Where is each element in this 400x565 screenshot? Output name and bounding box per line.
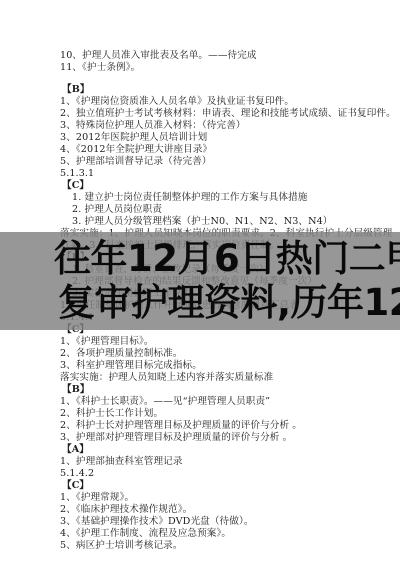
document-line: 11、《护士条例》。 (60, 62, 140, 74)
document-line: 1、《护理管理目标》。 (60, 336, 154, 348)
document-line: 落实实施：护理人员知晓上述内容并落实质量标准 (60, 372, 273, 384)
section-grade-label: 【C】 (62, 180, 89, 192)
section-grade-label: 【B】 (62, 384, 90, 396)
headline-line-1: 往年12月6日热门二甲 (54, 238, 400, 280)
document-page: 10、护理人员准入审批表及名单。——待完成11、《护士条例》。【B】1、《护理岗… (0, 0, 400, 565)
document-line: 4、《2012年全院护理大讲座目录》 (60, 144, 212, 156)
section-grade-label: 【C】 (62, 480, 89, 492)
document-line: 3、《基础护理操作技术》DVD光盘（待做）。 (60, 516, 254, 528)
section-grade-label: 【A】 (62, 444, 89, 456)
document-line: 3、2012年医院护理人员培训计划 (60, 132, 207, 144)
document-line: 5.1.3.1 (60, 168, 94, 180)
document-line: 2. 护理人员岗位职责 (72, 204, 162, 216)
document-line: 2、各项护理质量控制标准。 (60, 348, 183, 360)
document-line: 5、病区护士培训考核记录。 (60, 540, 183, 552)
section-grade-label: 【B】 (62, 84, 90, 96)
document-line: 5、护理部培训督导记录（待完善） (60, 156, 212, 168)
headline-line-2: 复审护理资料,历年12 (58, 282, 400, 324)
document-line: 2、科护士长对护理管理目标及护理质量的评价与分析 。 (60, 420, 302, 432)
document-line: 2、科护士长工作计划。 (60, 408, 163, 420)
document-line: 1、护理部抽查科室管理记录 (60, 456, 183, 468)
document-line: 4、《护理工作制度、流程及应急预案》。 (60, 528, 231, 540)
document-line: 2、《临床护理技术操作规范》。 (60, 504, 192, 516)
document-line: 3、护理部对护理管理目标及护理质量的评价与分析 。 (60, 432, 292, 444)
document-line: 2、独立值班护士考试考核材料：申请表、理论和技能考试成绩、证书复印件。 (60, 108, 396, 120)
document-line: 1、《护理岗位资质准入人员名单》及执业证书复印件。 (60, 96, 294, 108)
document-line: 5.1.4.2 (60, 468, 94, 480)
document-line: 3. 护理人员分级管理档案（护士N0、N1、N2、N3、N4） (72, 216, 332, 228)
document-line: 1、《护理常规》。 (60, 492, 134, 504)
document-line: 3、特殊岗位护理人员准入材料：（待完善） (60, 120, 246, 132)
document-line: 1、《科护士长职责》。——见“护理管理人员职责” (60, 396, 270, 408)
document-line: 1. 建立护士岗位责任制整体护理的工作方案与具体措施 (72, 192, 307, 204)
document-line: 3、科室护理管理目标完成指标。 (60, 360, 202, 372)
document-line: 10、护理人员准入审批表及名单。——待完成 (60, 50, 257, 62)
